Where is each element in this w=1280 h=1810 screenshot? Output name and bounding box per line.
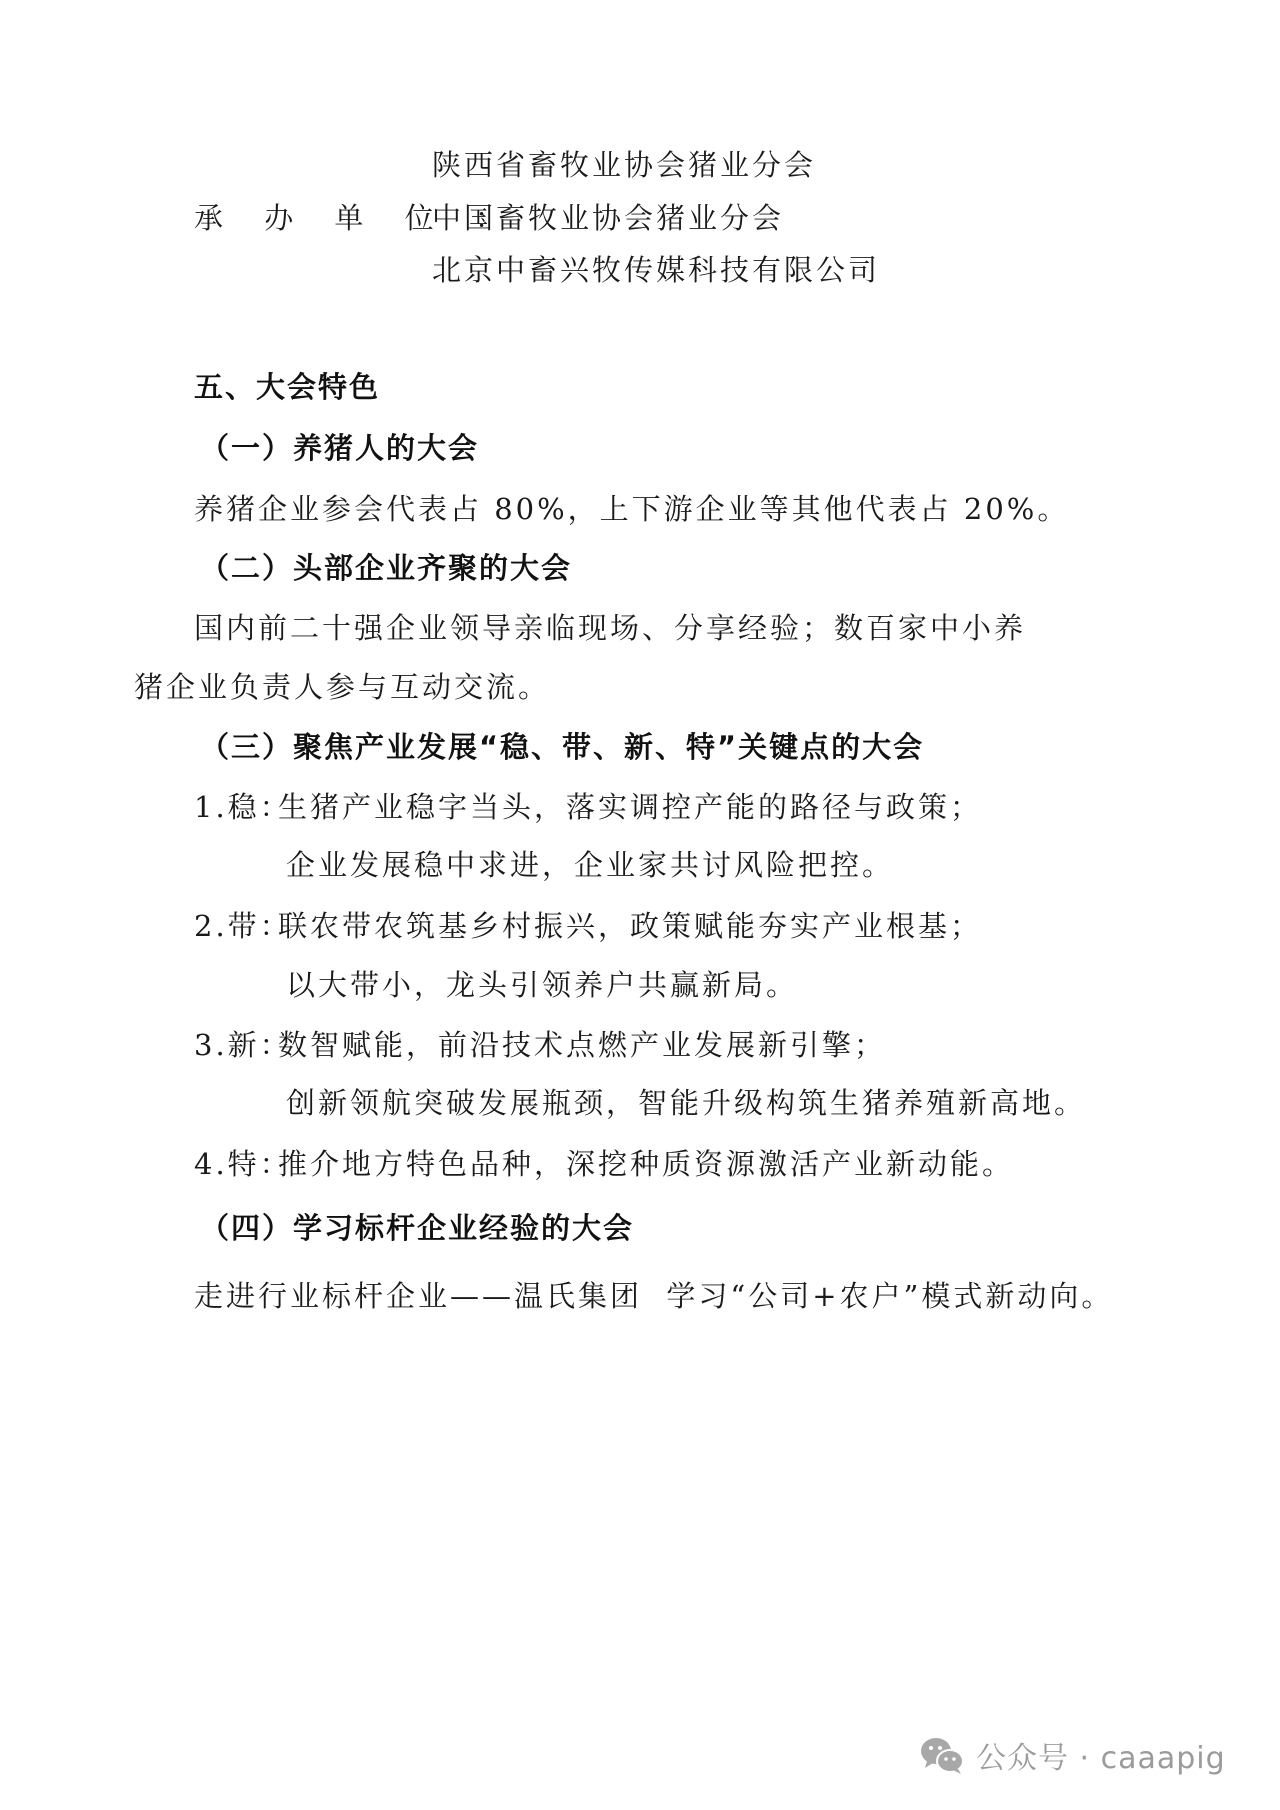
- watermark-label: 公众号 · caaapig: [976, 1733, 1226, 1777]
- watermark: 公众号 · caaapig: [918, 1733, 1226, 1777]
- item-line-1a: 生猪产业稳字当头，落实调控产能的路径与政策；: [278, 787, 982, 827]
- organizer-line-china: 中国畜牧业协会猪业分会: [432, 198, 784, 238]
- subsection-title-4: （四）学习标杆企业经验的大会: [200, 1208, 634, 1248]
- subsection-body-4: 走进行业标杆企业——温氏集团 学习“公司+农户”模式新动向。: [194, 1276, 1113, 1316]
- subsection-title-2: （二）头部企业齐聚的大会: [200, 548, 572, 588]
- subsection-body-2-line-2: 猪企业负责人参与互动交流。: [134, 667, 550, 707]
- item-line-2b: 以大带小，龙头引领养户共赢新局。: [286, 965, 798, 1005]
- item-line-2a: 联农带农筑基乡村振兴，政策赋能夯实产业根基；: [278, 906, 982, 946]
- subsection-title-1: （一）养猪人的大会: [200, 428, 479, 468]
- item-line-3a: 数智赋能，前沿技术点燃产业发展新引擎；: [278, 1025, 886, 1065]
- item-line-4a: 推介地方特色品种，深挖种质资源激活产业新动能。: [278, 1144, 1014, 1184]
- subsection-body-1: 养猪企业参会代表占 80%，上下游企业等其他代表占 20%。: [194, 489, 1069, 529]
- subsection-title-3: （三）聚焦产业发展“稳、带、新、特”关键点的大会: [200, 727, 924, 767]
- item-line-1b: 企业发展稳中求进，企业家共讨风险把控。: [286, 845, 894, 885]
- section-heading: 五、大会特色: [194, 367, 380, 407]
- organizer-line-shaanxi: 陕西省畜牧业协会猪业分会: [432, 145, 816, 185]
- item-line-3b: 创新领航突破发展瓶颈，智能升级构筑生猪养殖新高地。: [286, 1083, 1086, 1123]
- organizer-line-beijing: 北京中畜兴牧传媒科技有限公司: [432, 250, 880, 290]
- subsection-body-2-line-1: 国内前二十强企业领导亲临现场、分享经验；数百家中小养: [194, 608, 1026, 648]
- wechat-icon: [918, 1735, 966, 1775]
